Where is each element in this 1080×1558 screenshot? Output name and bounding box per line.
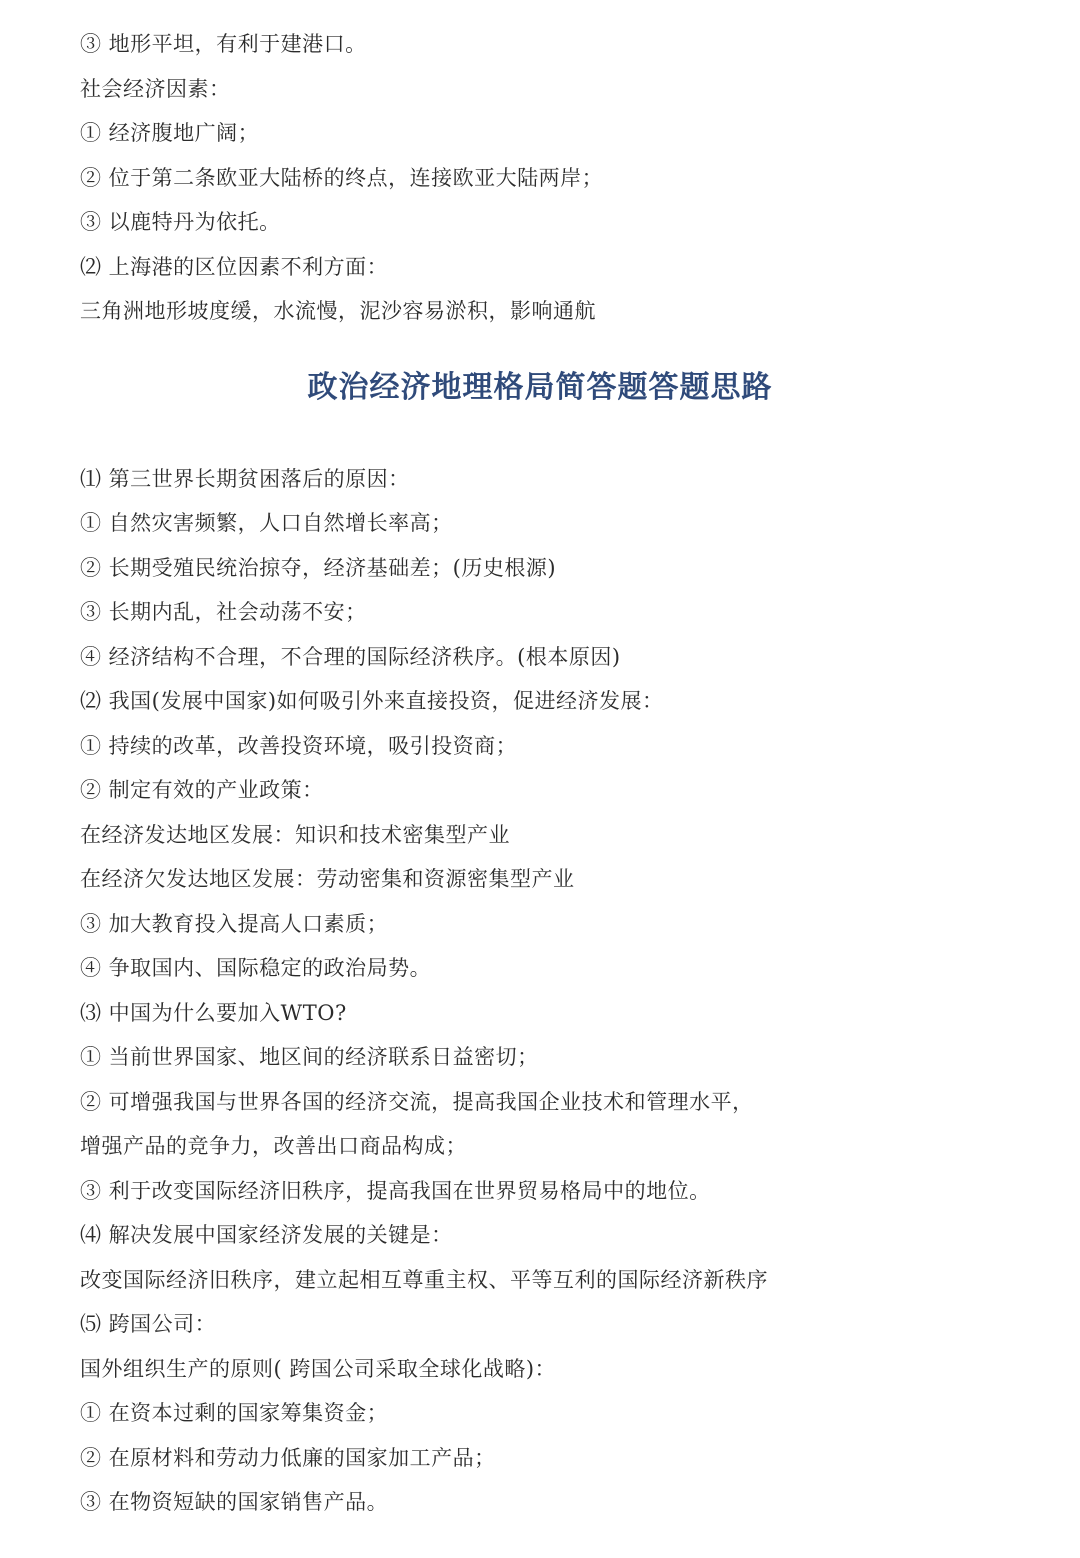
text-line: ③ 地形平坦，有利于建港口。 — [80, 29, 367, 59]
text-line: ① 当前世界国家、地区间的经济联系日益密切； — [80, 1042, 539, 1072]
text-line: ① 在资本过剩的国家筹集资金； — [80, 1398, 388, 1428]
text-line: ② 位于第二条欧亚大陆桥的终点，连接欧亚大陆两岸； — [80, 163, 603, 193]
text-line: 在经济发达地区发展：知识和技术密集型产业 — [80, 820, 510, 850]
text-line: ③ 在物资短缺的国家销售产品。 — [80, 1487, 388, 1517]
text-line: ③ 以鹿特丹为依托。 — [80, 207, 281, 237]
text-line: ② 长期受殖民统治掠夺，经济基础差；(历史根源) — [80, 553, 556, 583]
question-heading: ⑸ 跨国公司： — [80, 1309, 216, 1339]
question-heading: ⑷ 解决发展中国家经济发展的关键是： — [80, 1220, 453, 1250]
text-line: ④ 争取国内、国际稳定的政治局势。 — [80, 953, 431, 983]
document-page: ③ 地形平坦，有利于建港口。 社会经济因素： ① 经济腹地广阔； ② 位于第二条… — [0, 0, 1080, 1558]
text-line: 改变国际经济旧秩序，建立起相互尊重主权、平等互利的国际经济新秩序 — [80, 1265, 768, 1295]
question-heading: ⑴ 第三世界长期贫困落后的原因： — [80, 464, 410, 494]
text-line: 社会经济因素： — [80, 74, 231, 104]
text-line: ④ 经济结构不合理，不合理的国际经济秩序。(根本原因) — [80, 642, 621, 672]
text-line: ① 自然灾害频繁，人口自然增长率高； — [80, 508, 453, 538]
text-line: ② 制定有效的产业政策： — [80, 775, 324, 805]
text-line: ⑵ 上海港的区位因素不利方面： — [80, 252, 388, 282]
text-line: 在经济欠发达地区发展：劳动密集和资源密集型产业 — [80, 864, 575, 894]
text-line: 增强产品的竞争力，改善出口商品构成； — [80, 1131, 467, 1161]
question-heading: ⑶ 中国为什么要加入WTO? — [80, 998, 347, 1028]
text-line: 国外组织生产的原则( 跨国公司采取全球化战略)： — [80, 1354, 556, 1384]
text-line: ③ 长期内乱，社会动荡不安； — [80, 597, 367, 627]
text-line: 三角洲地形坡度缓，水流慢，泥沙容易淤积，影响通航 — [80, 296, 596, 326]
question-heading: ⑵ 我国(发展中国家)如何吸引外来直接投资，促进经济发展： — [80, 686, 664, 716]
section-heading: 政治经济地理格局简答题答题思路 — [0, 366, 1080, 410]
text-line: ② 可增强我国与世界各国的经济交流，提高我国企业技术和管理水平， — [80, 1087, 754, 1117]
text-line: ② 在原材料和劳动力低廉的国家加工产品； — [80, 1443, 496, 1473]
text-line: ① 经济腹地广阔； — [80, 118, 259, 148]
text-line: ① 持续的改革，改善投资环境，吸引投资商； — [80, 731, 517, 761]
text-line: ③ 加大教育投入提高人口素质； — [80, 909, 388, 939]
text-line: ③ 利于改变国际经济旧秩序，提高我国在世界贸易格局中的地位。 — [80, 1176, 711, 1206]
